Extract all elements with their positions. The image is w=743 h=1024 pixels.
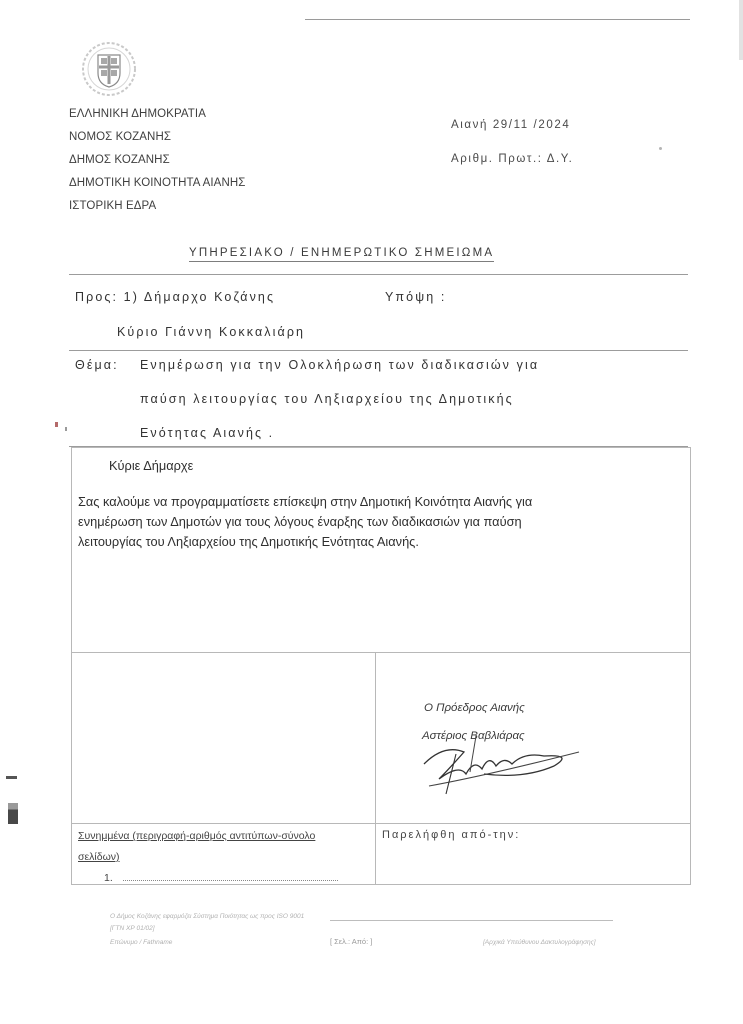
footer-right-label: [Αρχικά Υπεύθυνου Δακτυλογράφησης] (483, 939, 596, 946)
salutation: Κύριε Δήμαρχε (109, 456, 193, 476)
scan-speck (55, 422, 58, 427)
footer-left-label: Επώνυμο / Fathname (110, 939, 172, 946)
recipient-name: Κύριο Γιάννη Κοκκαλιάρη (117, 325, 305, 339)
document-title: ΥΠΗΡΕΣΙΑΚΟ / ΕΝΗΜΕΡΩΤΙΚΟ ΣΗΜΕΙΩΜΑ (189, 247, 494, 262)
footer-page: [ Σελ.: Από: ] (330, 937, 372, 946)
message-body: Σας καλούμε να προγραμματίσετε επίσκεψη … (78, 492, 688, 552)
scan-mark (8, 803, 18, 824)
recipient-to: Προς: 1) Δήμαρχο Κοζάνης (75, 290, 275, 304)
message-line-3: λειτουργίας του Ληξιαρχείου της Δημοτική… (78, 532, 688, 552)
attachments-label-line-1: Συνημμένα (περιγραφή-αριθμός αντιτύπων-σ… (78, 830, 315, 842)
signature-icon (404, 724, 584, 804)
attachment-item-number: 1. (104, 872, 113, 884)
attachments-cell: Συνημμένα (περιγραφή-αριθμός αντιτύπων-σ… (71, 823, 376, 885)
header-line-community: ΔΗΜΟΤΙΚΗ ΚΟΙΝΟΤΗΤΑ ΑΙΑΝΗΣ (69, 177, 245, 189)
scan-edge (739, 0, 743, 60)
footer-code: [ΓΤΝ ΧΡ 01/02] (110, 925, 155, 932)
message-line-1: Σας καλούμε να προγραμματίσετε επίσκεψη … (78, 492, 688, 512)
footer-line (330, 920, 613, 921)
attachments-label: Συνημμένα (περιγραφή-αριθμός αντιτύπων-σ… (78, 826, 315, 868)
attachment-dotted-line (123, 871, 338, 881)
received-label: Παρελήφθη από-την: (382, 829, 520, 841)
subject-line-3: Ενότητας Αιανής . (140, 426, 274, 440)
divider (69, 350, 688, 351)
place-date: Αιανή 29/11 /2024 (451, 119, 570, 131)
subject-line-2: παύση λειτουργίας του Ληξιαρχείου της Δη… (140, 392, 514, 406)
subject-label: Θέμα: (75, 358, 119, 372)
subject-line-1: Ενημέρωση για την Ολοκλήρωση των διαδικα… (140, 358, 539, 372)
scan-dot (659, 147, 662, 150)
divider (69, 274, 688, 275)
attachments-label-line-2: σελίδων) (78, 851, 120, 863)
scan-mark (6, 776, 17, 779)
attachment-item: 1. (104, 868, 338, 889)
header-line-prefecture: ΝΟΜΟΣ ΚΟΖΑΝΗΣ (69, 131, 171, 143)
message-box: Κύριε Δήμαρχε Σας καλούμε να προγραμματί… (71, 447, 691, 653)
header-line-municipality: ΔΗΜΟΣ ΚΟΖΑΝΗΣ (69, 154, 170, 166)
scan-speck (65, 427, 67, 431)
message-line-2: ενημέρωση των Δημοτών για τους λόγους έν… (78, 512, 688, 532)
signature-cell: Ο Πρόεδρος Αιανής Αστέριος Βαβλιάρας (375, 652, 691, 824)
header-line-republic: ΕΛΛΗΝΙΚΗ ΔΗΜΟΚΡΑΤΙΑ (69, 108, 206, 120)
received-cell: Παρελήφθη από-την: (375, 823, 691, 885)
protocol-number: Αριθμ. Πρωτ.: Δ.Υ. (451, 153, 573, 165)
scan-top-line (305, 19, 690, 20)
footer-iso: Ο Δήμος Κοζάνης εφαρμόζει Σύστημα Ποιότη… (110, 913, 304, 920)
blank-cell (71, 652, 376, 824)
header-line-seat: ΙΣΤΟΡΙΚΗ ΕΔΡΑ (69, 200, 156, 212)
signatory-title: Ο Πρόεδρος Αιανής (424, 702, 525, 714)
recipient-cc-label: Υπόψη : (385, 290, 446, 304)
coat-of-arms-icon (80, 40, 138, 98)
